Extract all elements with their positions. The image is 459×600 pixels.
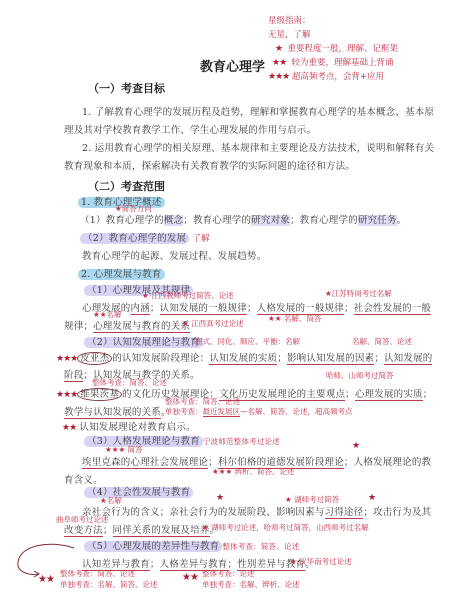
star-icon: ★★ [38, 574, 54, 585]
section-heading-objectives: （一）考查目标 [88, 80, 165, 96]
legend-title: 星级指南： [268, 14, 311, 26]
topic-1-item-2-text: 教育心理学的起源、发展过程、发展趋势。 [82, 248, 266, 262]
subtopic-1-note-b: ★江苏特岗考过名解 [325, 288, 392, 299]
section-heading-scope: （二）考查范围 [88, 178, 165, 194]
star-icon: ★★ [62, 423, 76, 433]
objective-1-line1: 1. 了解教育心理学的发展历程及趋势，理解和掌握教育心理学的基本概念、基本原 [82, 104, 434, 118]
topic-1-item-2-label: （2）教育心理学的发展 了解 [80, 230, 210, 244]
subtopic-5-note-d2: 单独考查：名解、辨析、论述 [202, 579, 300, 590]
objective-2-line2: 教育现象和本质，探索解决有关教育教学的实际问题的途径和方法。 [64, 158, 355, 172]
objective-1-line2: 理及其对学校教育教学工作、学生心理发展的作用与启示。 [64, 122, 316, 136]
subtopic-3-note-d: ★★★ 辨析、简答、论述 [212, 466, 295, 477]
subtopic-1-note-d: ★ 江西真考过论述 [182, 318, 244, 329]
star-icon: ★ [275, 44, 282, 54]
star-icon: ★ [216, 493, 223, 503]
subtopic-5-note-d1: 整体考查：论述 [202, 568, 255, 579]
legend-item-1: ★ 重要程度一般，理解、记框架 [275, 42, 398, 54]
subtopic-2-line4: 教学与认知发展的关系。 [64, 404, 171, 418]
star-icon: ★★ [272, 58, 286, 68]
star-icon: ★★★ [268, 72, 289, 82]
subtopic-1-line1: 心理发展的内涵；认知发展的一般规律；人格发展的一般规律；社会性发展的一般 [82, 300, 431, 314]
subtopic-1-note-e: ★★ 名解、简答 [268, 313, 321, 324]
legend-item-3: ★★★ 超高频考点，会背+应用 [268, 70, 384, 82]
legend-item-0: 无星，了解 [268, 28, 311, 40]
star-icon: ★ [368, 493, 375, 503]
subtopic-5-label: （5）心理发展的差异性与教育整体考查：简答、论述 [84, 538, 299, 552]
subtopic-5-note-c1: 整体考查：简答、论述 [60, 568, 135, 579]
subtopic-2-note-d: 哈师、山师考过简答 [326, 370, 394, 381]
star-icon: ★★★ [56, 354, 77, 364]
subtopic-2-line1: ★★★皮亚杰的认知发展阶段理论：认知发展的实质；影响认知发展的因素；认知发展的 [56, 350, 432, 364]
subtopic-5-note-b: ★ 汉华南考过论述 [290, 556, 352, 567]
subtopic-2-note-f: 单独考查：最近发展区—名解、简答、论述，超高频考点 [165, 406, 353, 417]
subtopic-2-line3: ★★★维果茨基的文化历史发展理论：文化历史发展理论的主要观点；心理发展的实质； [56, 386, 432, 400]
page-title: 教育心理学 [200, 56, 265, 75]
star-icon: ★★ [182, 572, 198, 583]
subtopic-4-line2: 改变方法；同伴关系的发展及培养。 [64, 522, 219, 536]
subtopic-4-line1: 亲社会行为的含义；亲社会行为的发展阶段、影响因素与习得途径；攻击行为及其 [82, 504, 431, 518]
subtopic-1-line2: 规律；心理发展与教育的关系 [64, 318, 190, 332]
topic-2-label: 2. 心理发展与教育 [78, 266, 165, 280]
subtopic-2-line5: ★★ 认知发展理论对教育启示。 [62, 419, 196, 433]
star-icon: ★ [352, 441, 359, 451]
subtopic-2-note-b: 名解、简答、论述 [352, 336, 412, 347]
subtopic-2-label: （2）认知发展理论与教育 [84, 334, 203, 348]
objective-2-line1: 2. 运用教育心理学的相关原理、基本规律和主要理论及方法技术，说明和解释有关 [82, 140, 434, 154]
subtopic-4-note-f: ★ 湖师考过论述，哈师考过简答，山西师考过名解 [202, 522, 369, 533]
legend-item-2: ★★ 较为重要，理解基础上背诵 [272, 56, 394, 68]
subtopic-5-note-c2: 单独考查：名解、简答、论述 [60, 579, 158, 590]
star-icon: ★★★ [56, 390, 77, 400]
topic-1-item-1: （1）教育心理学的概念；教育心理学的研究对象；教育心理学的研究任务。 [80, 212, 406, 226]
subtopic-2-note-a: 图式、同化、顺应、平衡：名解 [195, 336, 300, 347]
